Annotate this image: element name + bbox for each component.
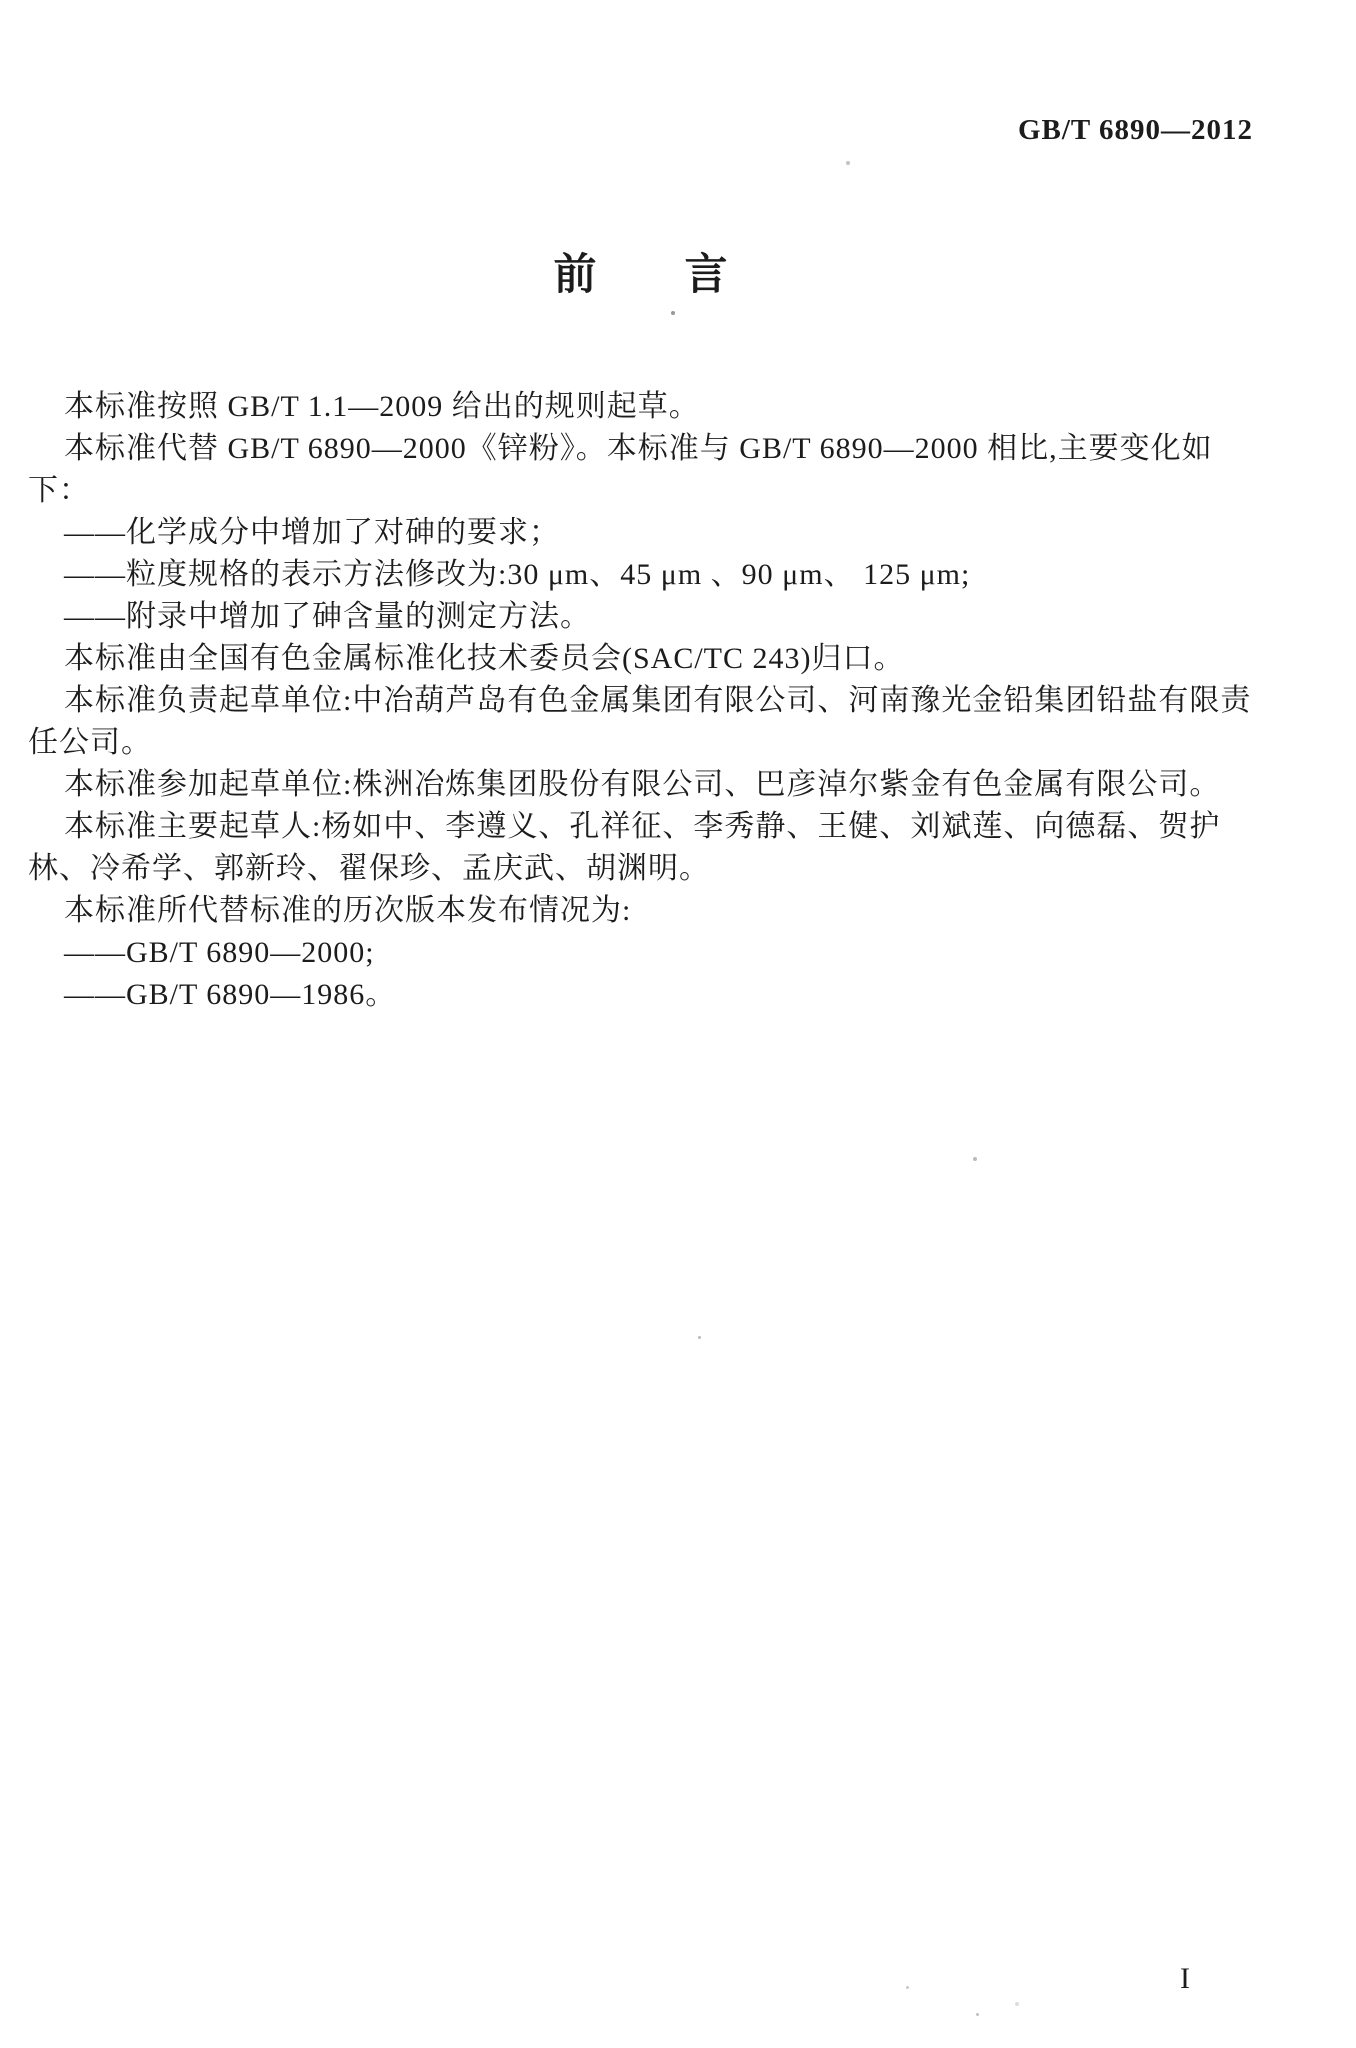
edition-item-1986: ——GB/T 6890—1986。 [28, 974, 1253, 1016]
standard-code: GB/T 6890—2012 [0, 114, 1253, 147]
scan-speck [446, 571, 450, 575]
para-centralized-by: 本标准由全国有色金属标准化技术委员会(SAC/TC 243)归口。 [28, 638, 1253, 680]
scan-speck [1015, 2002, 1019, 2006]
scan-speck [671, 311, 675, 315]
page-title-char-left: 前 [554, 250, 597, 302]
para-replacement: 本标准代替 GB/T 6890—2000《锌粉》。本标准与 GB/T 6890—… [28, 428, 1253, 512]
para-previous-editions: 本标准所代替标准的历次版本发布情况为: [28, 890, 1253, 932]
scan-speck [698, 1336, 701, 1339]
scan-speck [846, 161, 850, 165]
scan-speck [976, 2013, 979, 2016]
change-item-arsenic: ——化学成分中增加了对砷的要求； [28, 512, 1253, 554]
para-chief-drafting-orgs: 本标准负责起草单位:中冶葫芦岛有色金属集团有限公司、河南豫光金铅集团铅盐有限责任… [28, 680, 1253, 764]
scan-speck [973, 1157, 977, 1161]
change-item-particle-size: ——粒度规格的表示方法修改为:30 μm、45 μm 、90 μm、 125 μ… [28, 554, 1253, 596]
para-main-drafters: 本标准主要起草人:杨如中、李遵义、孔祥征、李秀静、王健、刘斌莲、向德磊、贺护林、… [28, 806, 1253, 890]
para-drafting-rules: 本标准按照 GB/T 1.1—2009 给出的规则起草。 [28, 386, 1253, 428]
page-title-char-right: 言 [685, 250, 728, 302]
page-number: I [1180, 1962, 1190, 1996]
change-item-annex: ——附录中增加了砷含量的测定方法。 [28, 596, 1253, 638]
foreword-body: 本标准按照 GB/T 1.1—2009 给出的规则起草。 本标准代替 GB/T … [28, 386, 1253, 1016]
para-participating-orgs: 本标准参加起草单位:株洲冶炼集团股份有限公司、巴彦淖尔紫金有色金属有限公司。 [28, 764, 1253, 806]
edition-item-2000: ——GB/T 6890—2000; [28, 932, 1253, 974]
page-title: 前 言 [28, 250, 1253, 302]
scan-speck [906, 1986, 909, 1989]
